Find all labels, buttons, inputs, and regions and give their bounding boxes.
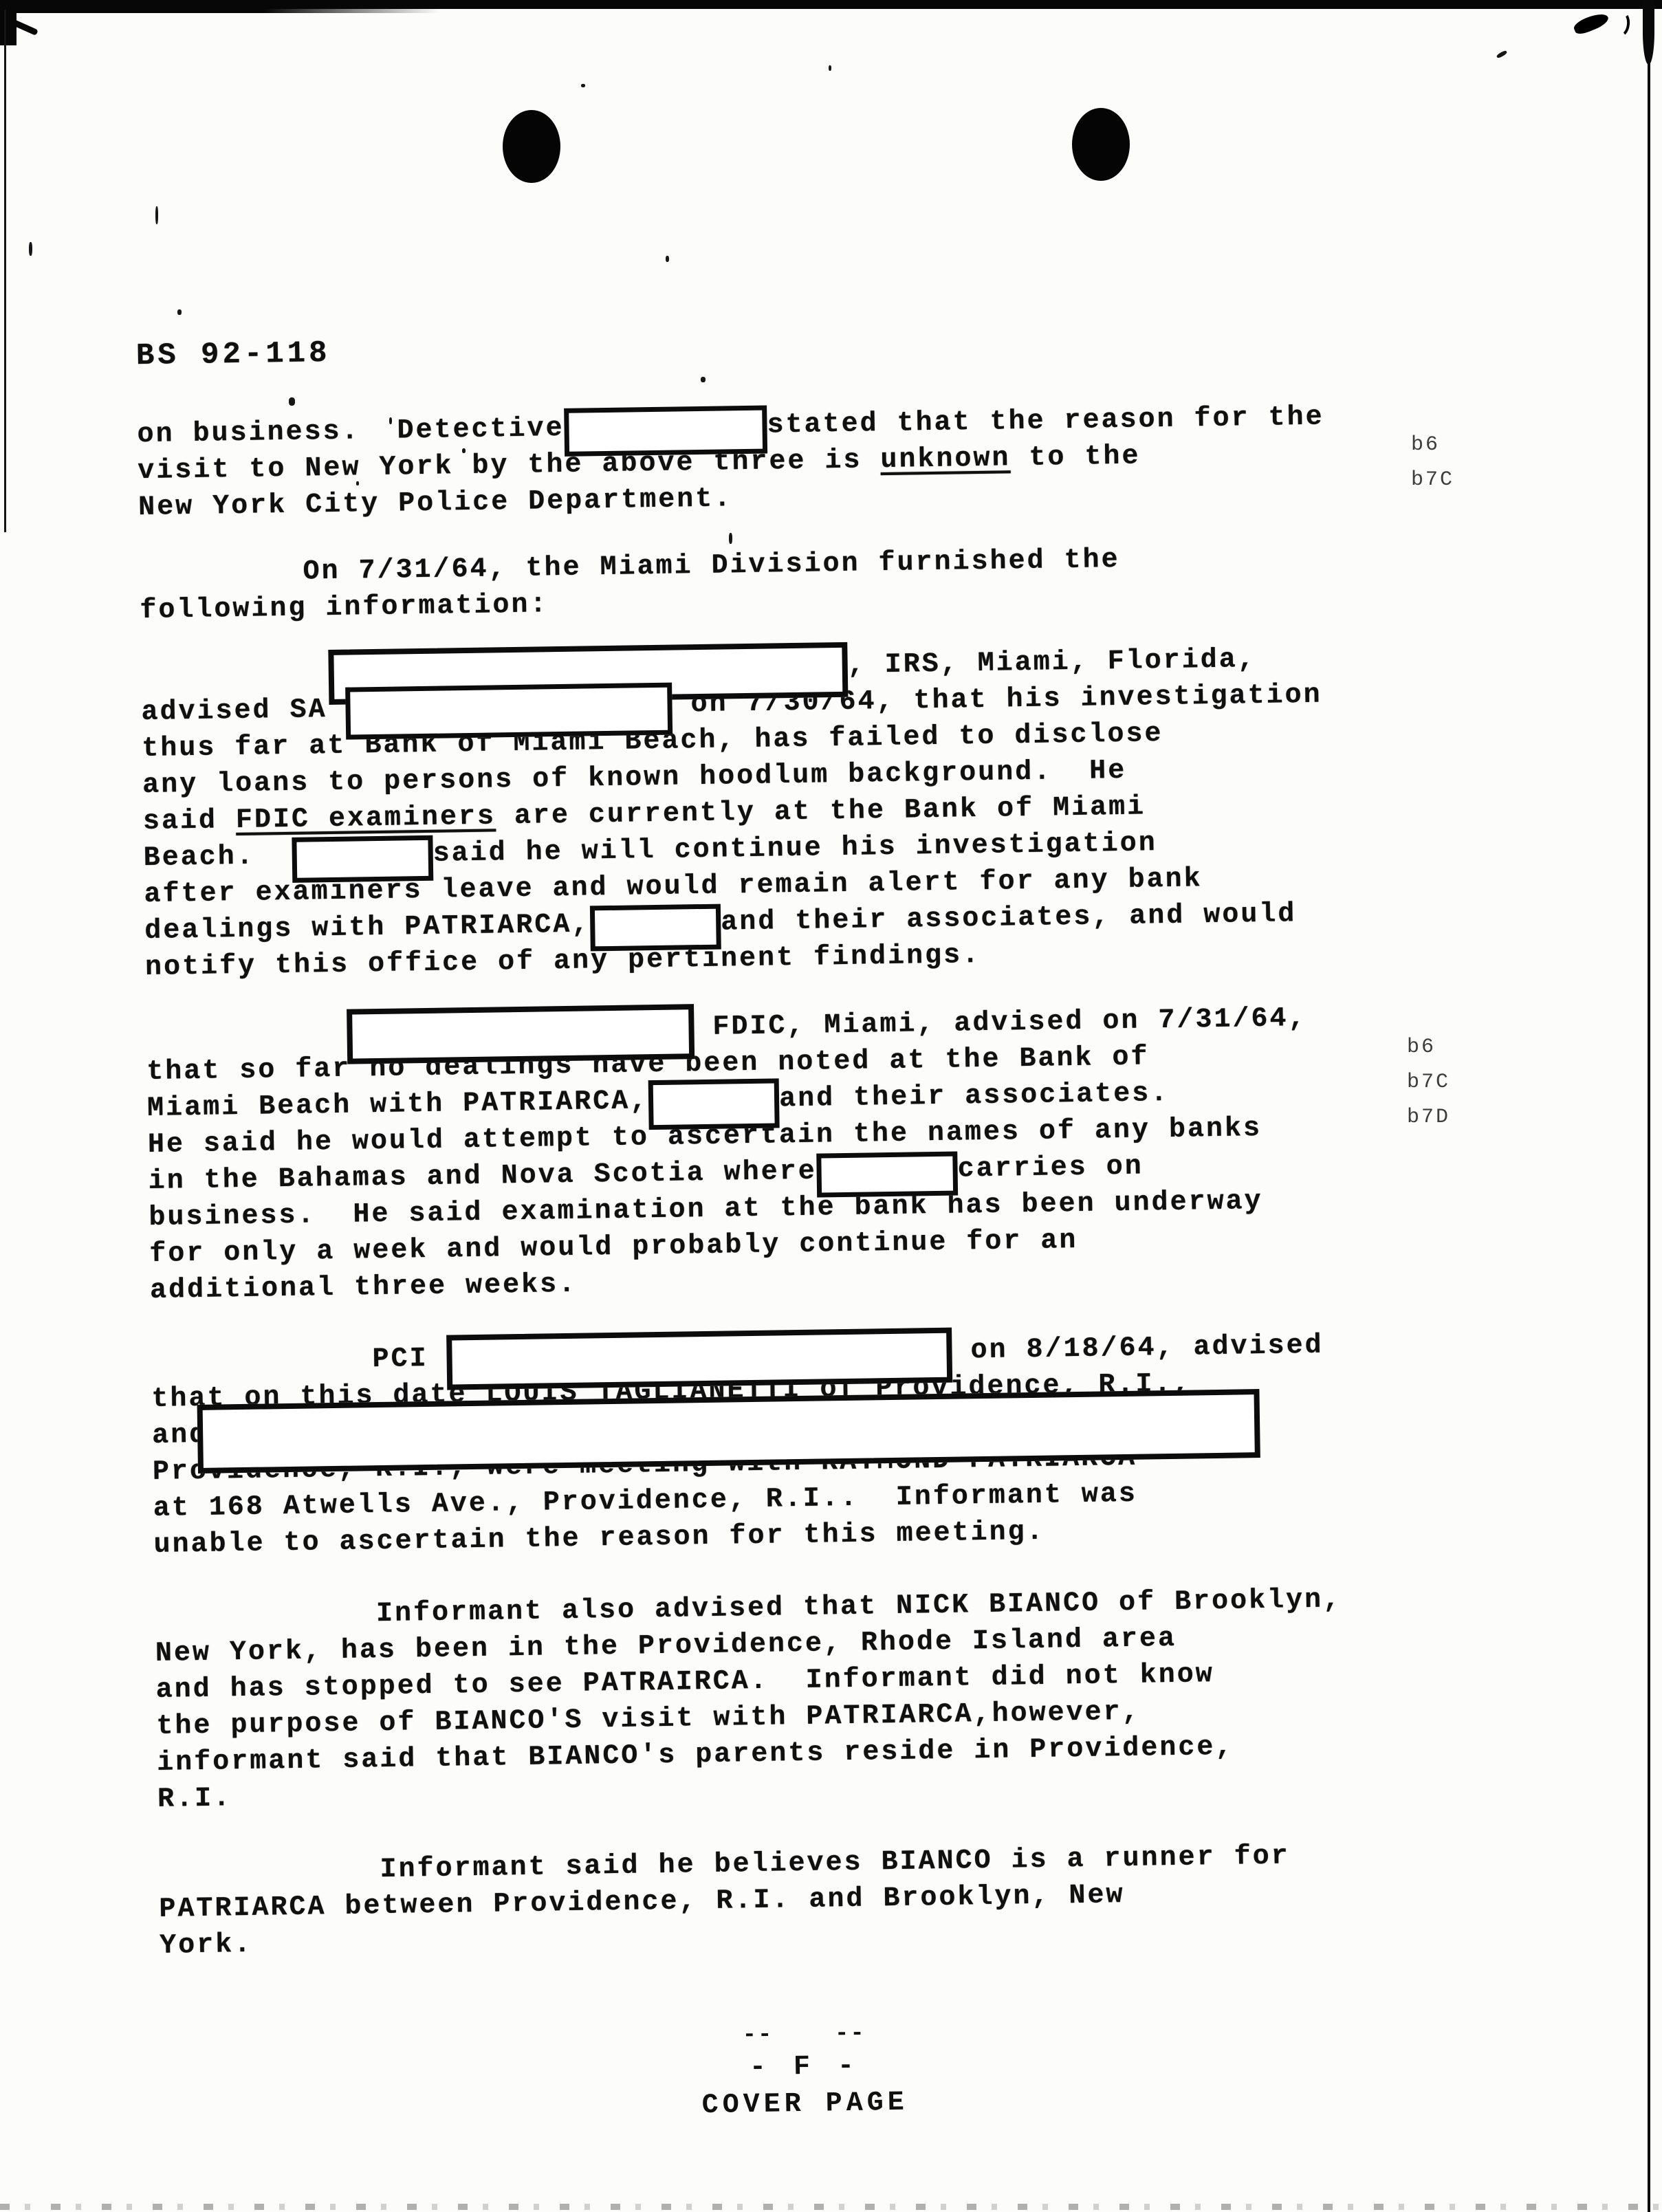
redaction-box [345,682,673,739]
text-run: carries on [957,1152,1144,1185]
text-run: R.I. [157,1783,232,1815]
scan-speck [1496,50,1508,58]
scan-bottom-dust [0,2204,1662,2210]
scanned-document-page: BS 92-118 on business. Detectivestated t… [0,0,1662,2212]
margin-code-group-2: b6b7Cb7D [1407,1030,1450,1135]
scan-edge-right [1648,0,1650,2212]
paragraph: Informant also advised that NICK BIANCO … [155,1580,1444,1818]
paragraph: , IRS, Miami, Florida,advised SA on 7/30… [140,639,1431,986]
text-run: FDIC examiners [236,801,496,836]
scan-edge-right-blob [1643,0,1654,65]
first-line-indent [151,1366,373,1370]
pen-mark-arc [1610,10,1631,38]
text-run: dealings with PATRIARCA, [144,909,591,947]
text-run: stated that the reason for the [767,402,1324,441]
redaction-box [590,904,721,951]
foia-exemption-code: b6 [1411,428,1454,463]
text-run: said [143,805,237,837]
foia-exemption-code: b7C [1411,463,1454,498]
scan-edge-top-ragged [0,9,440,13]
pen-mark [1572,10,1610,36]
text-run: unknown [880,443,1011,476]
scan-speck [155,206,158,224]
text-run: on business. Detective [137,413,565,450]
scan-edge-left [4,10,6,532]
redaction-box [648,1078,780,1130]
scan-speck [666,256,669,262]
text-run: Miami Beach with PATRIARCA, [147,1086,649,1124]
case-number: BS 92-118 [135,316,1422,377]
redaction-box [292,835,433,883]
first-line-indent [146,1039,347,1042]
text-run: Beach. [143,841,292,874]
hole-punch-icon [503,110,560,183]
foia-exemption-code: b7D [1407,1100,1450,1135]
scan-speck [29,242,32,256]
text-run: additional three weeks. [150,1269,578,1306]
document-body: BS 92-118 on business. Detectivestated t… [135,316,1448,2132]
paragraph: PCI on 8/18/64, advisedthat on this date… [151,1326,1440,1564]
scan-speck [581,84,585,87]
scan-edge-top [0,0,1662,9]
text-line: and [152,1399,1439,1454]
redaction-box [816,1151,958,1197]
text-run: FDIC, Miami, advised on 7/31/64, [694,1003,1307,1043]
text-run: on 8/18/64, advised [952,1331,1324,1367]
paragraph: On 7/31/64, the Miami Division furnished… [139,537,1425,629]
scan-speck [177,309,182,315]
text-run: , IRS, Miami, Florida, [847,644,1256,681]
redaction-box [446,1327,952,1390]
document-body-paragraphs: on business. Detectivestated that the re… [137,397,1445,1964]
margin-code-group-1: b6b7C [1411,428,1454,498]
text-run: advised SA [141,694,346,728]
first-line-indent [140,578,303,582]
text-run: following information: [140,589,549,626]
paragraph: on business. Detectivestated that the re… [137,397,1424,526]
hole-punch-icon [1072,108,1130,181]
text-run: and their associates. [779,1078,1170,1115]
page-footer: -- -- - F - COVER PAGE [161,2011,1448,2133]
text-run: PCI [372,1344,447,1376]
scan-speck [829,65,831,71]
first-line-indent [155,1620,376,1624]
paragraph: FDIC, Miami, advised on 7/31/64,that so … [146,998,1436,1309]
first-line-indent [141,679,329,683]
foia-exemption-code: b6 [1407,1030,1450,1065]
text-run: and their associates, and would [721,899,1297,938]
redaction-box [347,1004,695,1064]
text-run: to the [1010,441,1141,474]
foia-exemption-code: b7C [1407,1065,1450,1100]
paragraph: Informant said he believes BIANCO is a r… [158,1836,1445,1964]
text-run: New York City Police Department. [138,483,733,523]
text-run: York. [160,1929,253,1962]
first-line-indent [159,1876,380,1880]
redaction-box [564,405,767,456]
